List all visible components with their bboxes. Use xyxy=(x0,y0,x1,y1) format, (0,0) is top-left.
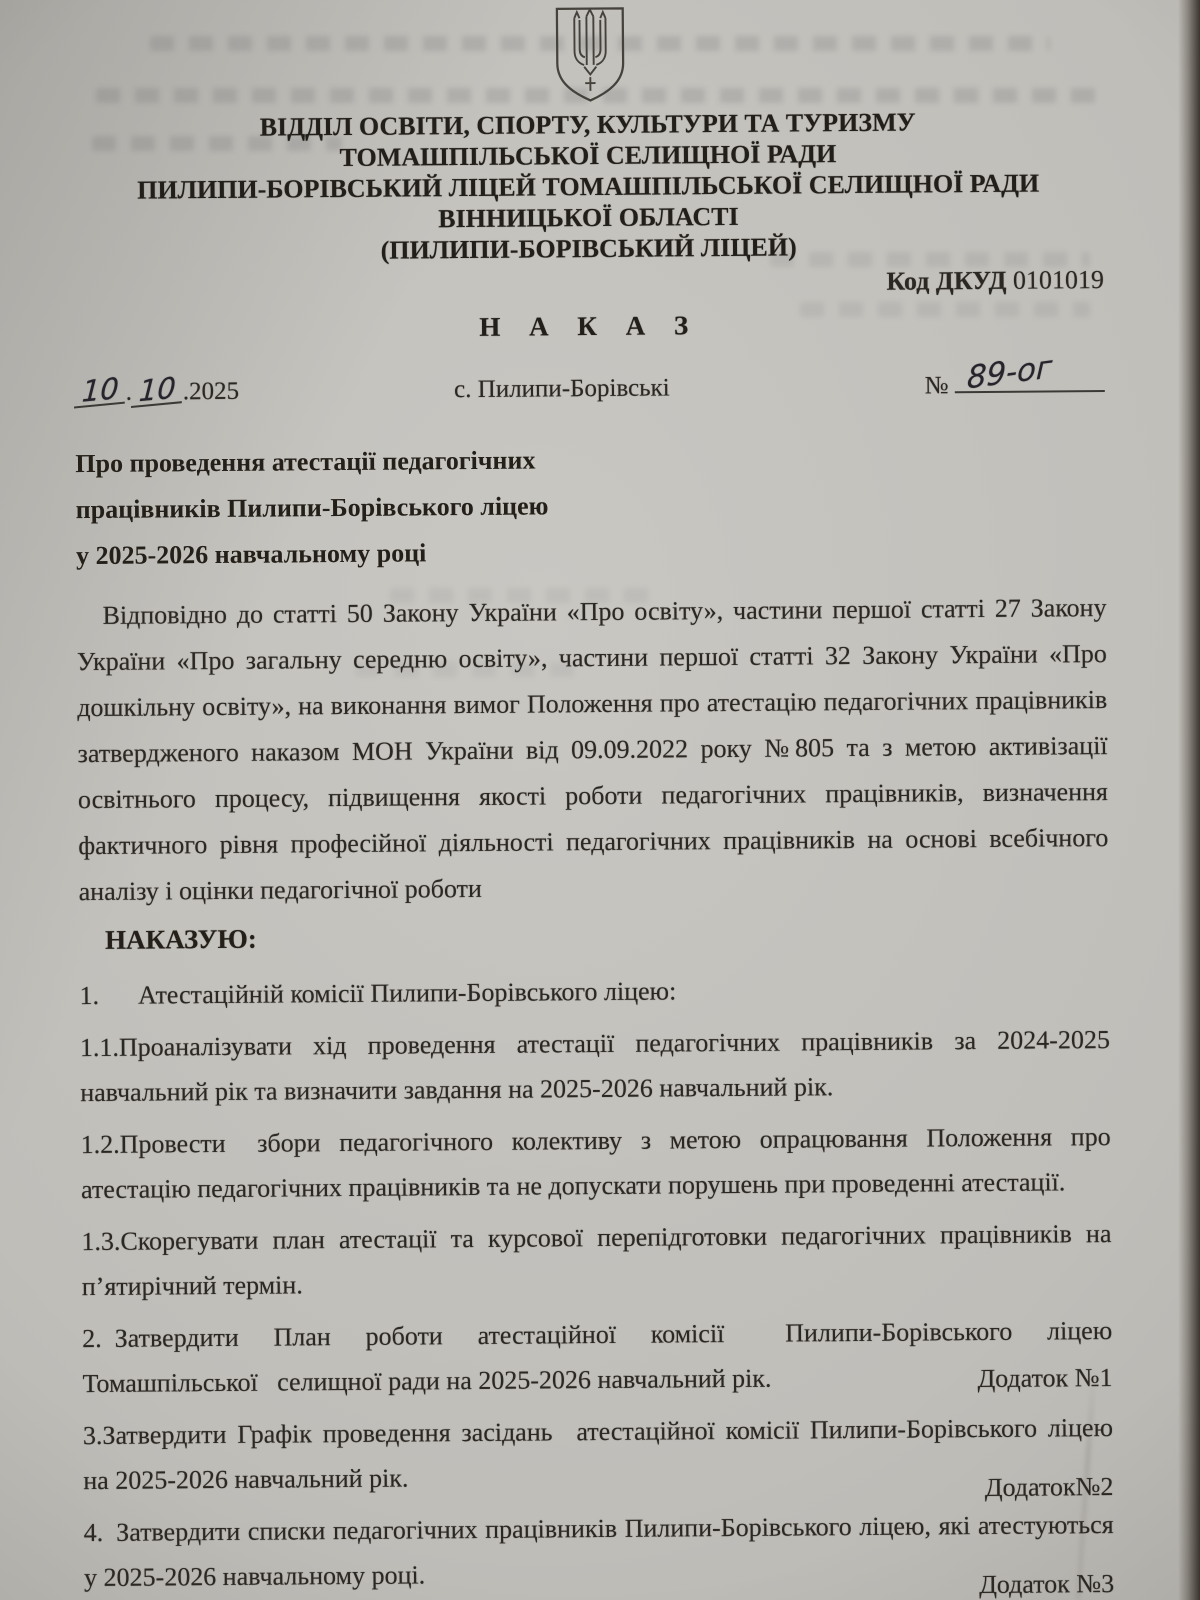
appendix-ref-1: Додаток №1 xyxy=(977,1355,1112,1401)
order-item-2: 2. Затвердити План роботи атестаційної к… xyxy=(82,1308,1113,1406)
handwritten-month: 10 xyxy=(131,374,183,408)
handwritten-day: 10 xyxy=(74,374,126,408)
ukraine-trident-emblem xyxy=(551,6,630,104)
subject-block: Про проведення атестації педагогічних пр… xyxy=(75,433,1106,579)
order-item-4-text: 4. Затвердити списки педагогічних праців… xyxy=(84,1510,1114,1592)
order-date: 10.10.2025 xyxy=(75,376,240,407)
order-item-3: 3.Затвердити Графік проведення засідань … xyxy=(83,1405,1114,1503)
preamble-paragraph: Відповідно до статті 50 Закону України «… xyxy=(76,585,1108,915)
subject-line: Про проведення атестації педагогічних xyxy=(75,433,1105,487)
order-title: Н А К А З xyxy=(74,307,1104,346)
appendix-ref-3: Додаток №3 xyxy=(979,1561,1114,1600)
order-item-3-text: 3.Затвердити Графік проведення засідань … xyxy=(83,1413,1113,1495)
date-place-number-row: 10.10.2025 с. Пилипи-Борівські № 89-ог xyxy=(75,364,1105,407)
subject-line: у 2025-2026 навчальному році xyxy=(76,525,1106,579)
handwritten-number: 89-ог xyxy=(966,349,1053,397)
order-item-2-text: 2. Затвердити План роботи атестаційної к… xyxy=(82,1316,1112,1398)
order-item-1-2: 1.2.Провести збори педагогічного колекти… xyxy=(81,1114,1112,1212)
emblem-container xyxy=(78,2,1103,107)
order-item-1: 1. Атестаційній комісії Пилипи-Борівсько… xyxy=(79,965,1109,1018)
order-item-4: 4. Затвердити списки педагогічних праців… xyxy=(84,1502,1115,1600)
order-item-1-3: 1.3.Скорегувати план атестації та курсов… xyxy=(81,1211,1112,1309)
resolution-word: НАКАЗУЮ: xyxy=(79,909,1109,963)
order-items: 1. Атестаційній комісії Пилипи-Борівсько… xyxy=(79,965,1114,1600)
number-label: № xyxy=(925,372,949,399)
order-number: № 89-ог xyxy=(924,364,1104,400)
order-place: с. Пилипи-Борівські xyxy=(454,374,670,404)
dkud-code-value: 0101019 xyxy=(1013,265,1104,295)
number-underline: 89-ог xyxy=(955,364,1105,393)
order-item-1-1: 1.1.Проаналізувати хід проведення атеста… xyxy=(80,1017,1111,1115)
photographed-document: ВІДДІЛ ОСВІТИ, СПОРТУ, КУЛЬТУРИ ТА ТУРИЗ… xyxy=(0,0,1200,1600)
printed-year: 2025 xyxy=(189,378,239,405)
dkud-code-label: Код ДКУД xyxy=(886,266,1006,296)
subject-line: працівників Пилипи-Борівського ліцею xyxy=(76,479,1106,533)
dkud-code-row: Код ДКУД 0101019 xyxy=(74,265,1104,303)
document-page: ВІДДІЛ ОСВІТИ, СПОРТУ, КУЛЬТУРИ ТА ТУРИЗ… xyxy=(0,0,1200,1600)
